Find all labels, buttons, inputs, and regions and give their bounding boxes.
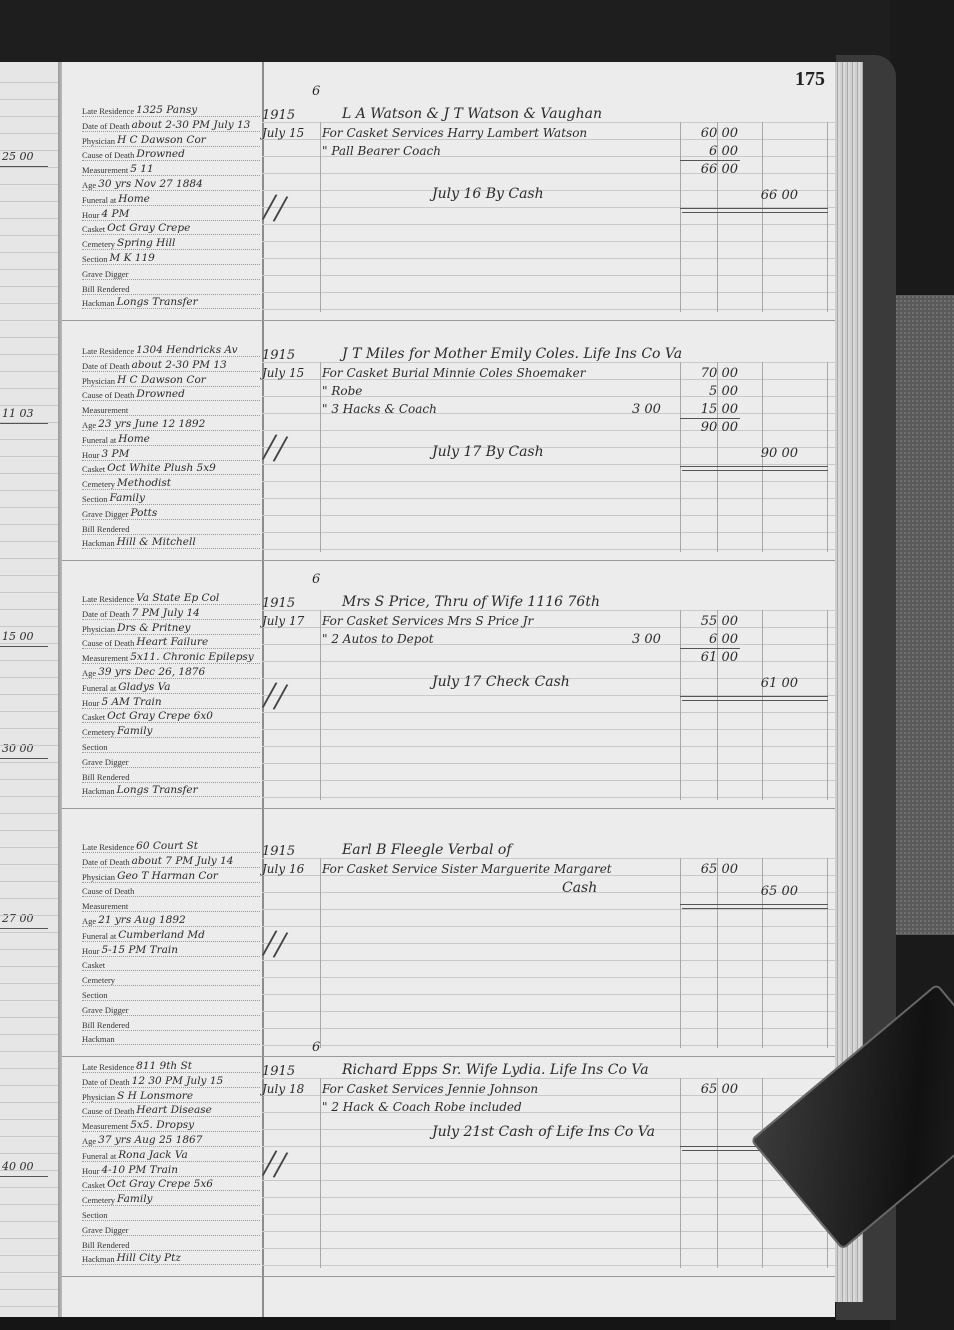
ledger-ruling bbox=[262, 173, 835, 174]
left-page-ruling bbox=[0, 456, 62, 457]
ledger-column-rule bbox=[827, 858, 828, 1048]
ledger-ruling bbox=[262, 858, 835, 859]
form-field-late-residence: Late ResidenceVa State Ep Col bbox=[82, 590, 260, 605]
ledger-ruling bbox=[262, 1011, 835, 1012]
form-field-label: Cause of Death bbox=[82, 390, 134, 400]
charge-line: " 2 Hack & Coach Robe included bbox=[322, 1100, 522, 1114]
form-field-age: Age23 yrs June 12 1892 bbox=[82, 416, 260, 431]
form-field-value: 5x5. Dropsy bbox=[130, 1119, 194, 1131]
ledger-column-rule bbox=[827, 610, 828, 800]
left-page-ruling bbox=[0, 286, 62, 287]
form-field-label: Cause of Death bbox=[82, 886, 134, 896]
ledger-column-rule bbox=[680, 362, 681, 552]
left-page-ruling bbox=[0, 116, 62, 117]
left-page-ruling bbox=[0, 320, 62, 321]
form-field-bill-rendered: Bill Rendered bbox=[82, 1236, 260, 1251]
left-page-total-rule bbox=[0, 1176, 48, 1177]
form-field-value: 4-10 PM Train bbox=[101, 1164, 177, 1176]
account-area: 61915Mrs S Price, Thru of Wife 1116 76th… bbox=[262, 572, 835, 812]
left-page-ruling bbox=[0, 1221, 62, 1222]
left-page-ruling bbox=[0, 507, 62, 508]
form-field-value: H C Dawson Cor bbox=[117, 374, 206, 386]
left-page-ruling bbox=[0, 218, 62, 219]
form-field-label: Funeral at bbox=[82, 931, 116, 941]
left-page-ruling bbox=[0, 1119, 62, 1120]
form-field-label: Hackman bbox=[82, 298, 115, 308]
felt-pad bbox=[895, 295, 954, 935]
entry-mark: 6 bbox=[312, 84, 320, 99]
form-field-funeral-at: Funeral atGladys Va bbox=[82, 679, 260, 694]
form-field-label: Section bbox=[82, 990, 108, 1000]
form-field-label: Section bbox=[82, 254, 108, 264]
ledger-ruling bbox=[262, 909, 835, 910]
left-page-ruling bbox=[0, 439, 62, 440]
form-field-casket: CasketOct Gray Crepe bbox=[82, 220, 260, 235]
left-page-ruling bbox=[0, 813, 62, 814]
form-field-label: Hackman bbox=[82, 786, 115, 796]
payment-note: July 17 Check Cash bbox=[432, 674, 570, 690]
entry-date: July 15 bbox=[262, 126, 304, 140]
left-page-ruling bbox=[0, 269, 62, 270]
form-field-value: 7 PM July 14 bbox=[132, 607, 200, 619]
payment-amount: 66 00 bbox=[742, 188, 798, 203]
form-field-label: Physician bbox=[82, 136, 115, 146]
ledger-entry: Late Residence811 9th StDate of Death12 … bbox=[62, 1040, 835, 1280]
form-field-physician: PhysicianS H Lonsmore bbox=[82, 1088, 260, 1103]
form-field-grave-digger: Grave Digger bbox=[82, 1001, 260, 1016]
form-field-label: Bill Rendered bbox=[82, 284, 129, 294]
form-field-section: Section bbox=[82, 986, 260, 1001]
total-double-rule bbox=[680, 696, 828, 697]
form-field-value: Hill City Ptz bbox=[117, 1252, 181, 1264]
form-field-label: Casket bbox=[82, 464, 105, 474]
charge-amount: 15 00 bbox=[682, 402, 738, 417]
charge-amount: 6 00 bbox=[682, 144, 738, 159]
charge-line: For Casket Service Sister Marguerite Mar… bbox=[322, 862, 612, 876]
form-field-hour: Hour5-15 PM Train bbox=[82, 942, 260, 957]
form-field-label: Hour bbox=[82, 946, 99, 956]
ledger-column-rule bbox=[680, 858, 681, 1048]
left-page-ruling bbox=[0, 1255, 62, 1256]
ledger-ruling bbox=[262, 712, 835, 713]
form-field-label: Grave Digger bbox=[82, 1005, 129, 1015]
left-page-ruling bbox=[0, 558, 62, 559]
form-field-value: Family bbox=[117, 1193, 152, 1205]
ledger-ruling bbox=[262, 780, 835, 781]
form-field-value: Drowned bbox=[136, 148, 184, 160]
left-page-ruling bbox=[0, 898, 62, 899]
ledger-entry: Late Residence60 Court StDate of Deathab… bbox=[62, 820, 835, 1060]
ledger-column-rule bbox=[320, 610, 321, 800]
subtotal-rule bbox=[680, 418, 740, 419]
form-field-label: Cause of Death bbox=[82, 638, 134, 648]
form-field-grave-digger: Grave Digger bbox=[82, 753, 260, 768]
account-area: 1915J T Miles for Mother Emily Coles. Li… bbox=[262, 324, 835, 564]
form-field-label: Age bbox=[82, 1136, 96, 1146]
left-page-total-rule bbox=[0, 758, 48, 759]
left-page-ruling bbox=[0, 252, 62, 253]
left-page-amount: 27 00 bbox=[2, 912, 34, 925]
payment-note: Cash bbox=[562, 880, 597, 896]
total-double-rule bbox=[682, 700, 828, 701]
form-field-label: Bill Rendered bbox=[82, 1240, 129, 1250]
form-field-date-of-death: Date of Death12 30 PM July 15 bbox=[82, 1073, 260, 1088]
form-field-label: Measurement bbox=[82, 901, 128, 911]
form-field-value: Cumberland Md bbox=[118, 929, 205, 941]
form-field-label: Late Residence bbox=[82, 842, 134, 852]
form-field-cause-of-death: Cause of DeathDrowned bbox=[82, 386, 260, 401]
form-field-value: Oct White Plush 5x9 bbox=[107, 462, 216, 474]
subtotal-rule bbox=[680, 648, 740, 649]
left-page-ruling bbox=[0, 626, 62, 627]
payment-note: July 21st Cash of Life Ins Co Va bbox=[432, 1124, 655, 1140]
form-field-label: Section bbox=[82, 1210, 108, 1220]
form-field-label: Physician bbox=[82, 376, 115, 386]
form-field-value: Heart Failure bbox=[136, 636, 208, 648]
charge-line: " Robe bbox=[322, 384, 362, 398]
account-area: 1915Earl B Fleegle Verbal ofJuly 16For C… bbox=[262, 820, 835, 1060]
left-page-ruling bbox=[0, 541, 62, 542]
ledger-ruling bbox=[262, 532, 835, 533]
form-field-value: 5x11. Chronic Epilepsy bbox=[130, 651, 253, 663]
left-page-ruling bbox=[0, 1085, 62, 1086]
form-field-label: Funeral at bbox=[82, 435, 116, 445]
charge-amount: 65 00 bbox=[682, 862, 738, 877]
form-field-value: Oct Gray Crepe bbox=[107, 222, 190, 234]
background-top bbox=[0, 0, 954, 62]
form-field-label: Funeral at bbox=[82, 1151, 116, 1161]
form-field-label: Hour bbox=[82, 210, 99, 220]
form-field-grave-digger: Grave Digger bbox=[82, 265, 260, 280]
form-field-value: 21 yrs Aug 1892 bbox=[98, 914, 186, 926]
entry-year: 1915 bbox=[262, 108, 295, 123]
form-field-label: Bill Rendered bbox=[82, 772, 129, 782]
ledger-ruling bbox=[262, 661, 835, 662]
form-field-cause-of-death: Cause of Death bbox=[82, 882, 260, 897]
form-field-label: Physician bbox=[82, 872, 115, 882]
form-field-value: 4 PM bbox=[101, 208, 129, 220]
form-field-grave-digger: Grave Digger bbox=[82, 1221, 260, 1236]
ledger-column-rule bbox=[680, 1078, 681, 1268]
left-page-ruling bbox=[0, 643, 62, 644]
form-field-label: Age bbox=[82, 420, 96, 430]
form-field-bill-rendered: Bill Rendered bbox=[82, 520, 260, 535]
ledger-ruling bbox=[262, 1180, 835, 1181]
ledger-ruling bbox=[262, 763, 835, 764]
form-field-value: S H Lonsmore bbox=[117, 1090, 193, 1102]
ledger-column-rule bbox=[320, 858, 321, 1048]
entry-date: July 17 bbox=[262, 614, 304, 628]
form-field-value: Gladys Va bbox=[118, 681, 170, 693]
form-field-hour: Hour4 PM bbox=[82, 206, 260, 221]
ledger-ruling bbox=[262, 258, 835, 259]
form-field-bill-rendered: Bill Rendered bbox=[82, 768, 260, 783]
form-field-label: Bill Rendered bbox=[82, 1020, 129, 1030]
form-field-value: about 2-30 PM July 13 bbox=[132, 119, 251, 131]
left-page-ruling bbox=[0, 1306, 62, 1307]
ledger-ruling bbox=[262, 797, 835, 798]
form-field-physician: PhysicianGeo T Harman Cor bbox=[82, 868, 260, 883]
form-field-section: Section bbox=[82, 1206, 260, 1221]
form-field-age: Age21 yrs Aug 1892 bbox=[82, 912, 260, 927]
left-page-ruling bbox=[0, 1068, 62, 1069]
form-field-label: Cause of Death bbox=[82, 1106, 134, 1116]
ledger-ruling bbox=[262, 430, 835, 431]
entry-year: 1915 bbox=[262, 1064, 295, 1079]
form-field-cause-of-death: Cause of DeathHeart Disease bbox=[82, 1102, 260, 1117]
left-page-ruling bbox=[0, 677, 62, 678]
payment-amount: 61 00 bbox=[742, 676, 798, 691]
charge-line: " Pall Bearer Coach bbox=[322, 144, 441, 158]
form-field-label: Hour bbox=[82, 1166, 99, 1176]
form-field-cemetery: CemeteryMethodist bbox=[82, 475, 260, 490]
form-field-cemetery: CemeteryFamily bbox=[82, 723, 260, 738]
total-double-rule bbox=[680, 466, 828, 467]
payment-note: July 16 By Cash bbox=[432, 186, 544, 202]
ledger-ruling bbox=[262, 309, 835, 310]
form-field-label: Casket bbox=[82, 224, 105, 234]
form-field-value: 60 Court St bbox=[136, 840, 198, 852]
ledger-ruling bbox=[262, 1214, 835, 1215]
left-page-ruling bbox=[0, 354, 62, 355]
ledger-column-rule bbox=[320, 362, 321, 552]
form-field-funeral-at: Funeral atCumberland Md bbox=[82, 927, 260, 942]
form-field-label: Grave Digger bbox=[82, 509, 129, 519]
left-page-ruling bbox=[0, 915, 62, 916]
form-field-cause-of-death: Cause of DeathHeart Failure bbox=[82, 634, 260, 649]
form-field-casket: CasketOct Gray Crepe 5x6 bbox=[82, 1176, 260, 1191]
left-page-ruling bbox=[0, 694, 62, 695]
left-page-total-rule bbox=[0, 928, 48, 929]
ledger-page: 175 Late Residence1325 PansyDate of Deat… bbox=[62, 62, 835, 1317]
form-field-cause-of-death: Cause of DeathDrowned bbox=[82, 146, 260, 161]
form-field-hour: Hour3 PM bbox=[82, 446, 260, 461]
form-field-value: about 7 PM July 14 bbox=[132, 855, 234, 867]
form-field-measurement: Measurement bbox=[82, 897, 260, 912]
form-field-label: Grave Digger bbox=[82, 269, 129, 279]
left-page-ruling bbox=[0, 303, 62, 304]
form-field-value: Spring Hill bbox=[117, 237, 175, 249]
left-page-ruling bbox=[0, 711, 62, 712]
ledger-column-rule bbox=[762, 610, 763, 800]
left-page-ruling bbox=[0, 932, 62, 933]
form-field-label: Hackman bbox=[82, 1254, 115, 1264]
account-name: L A Watson & J T Watson & Vaughan bbox=[342, 106, 602, 122]
form-field-physician: PhysicianH C Dawson Cor bbox=[82, 132, 260, 147]
form-field-bill-rendered: Bill Rendered bbox=[82, 1016, 260, 1031]
ledger-column-rule bbox=[827, 362, 828, 552]
charge-line: For Casket Services Harry Lambert Watson bbox=[322, 126, 587, 140]
left-page-ruling bbox=[0, 1017, 62, 1018]
left-page-ruling bbox=[0, 881, 62, 882]
charge-amount: 70 00 bbox=[682, 366, 738, 381]
form-field-label: Grave Digger bbox=[82, 757, 129, 767]
form-field-value: Geo T Harman Cor bbox=[117, 870, 218, 882]
ledger-entry: Late ResidenceVa State Ep ColDate of Dea… bbox=[62, 572, 835, 812]
form-field-value: 5 AM Train bbox=[101, 696, 161, 708]
form-field-value: Va State Ep Col bbox=[136, 592, 219, 604]
form-field-label: Section bbox=[82, 494, 108, 504]
form-field-date-of-death: Date of Death7 PM July 14 bbox=[82, 605, 260, 620]
form-field-casket: CasketOct White Plush 5x9 bbox=[82, 460, 260, 475]
form-field-measurement: Measurement bbox=[82, 401, 260, 416]
ledger-ruling bbox=[262, 729, 835, 730]
form-field-label: Measurement bbox=[82, 653, 128, 663]
left-page-ruling bbox=[0, 1272, 62, 1273]
ledger-column-rule bbox=[680, 122, 681, 312]
form-field-label: Cemetery bbox=[82, 1195, 115, 1205]
ledger-ruling bbox=[262, 994, 835, 995]
left-page-ruling bbox=[0, 1034, 62, 1035]
form-field-label: Measurement bbox=[82, 165, 128, 175]
form-field-value: 5-15 PM Train bbox=[101, 944, 177, 956]
form-field-label: Date of Death bbox=[82, 857, 130, 867]
total-double-rule bbox=[682, 470, 828, 471]
form-field-label: Age bbox=[82, 916, 96, 926]
total-double-rule bbox=[682, 908, 828, 909]
form-field-hour: Hour5 AM Train bbox=[82, 694, 260, 709]
total-double-rule bbox=[682, 212, 828, 213]
left-page-ruling bbox=[0, 609, 62, 610]
left-page-ruling bbox=[0, 1136, 62, 1137]
form-field-value: Longs Transfer bbox=[117, 296, 198, 308]
form-field-value: 30 yrs Nov 27 1884 bbox=[98, 178, 203, 190]
form-field-value: Methodist bbox=[117, 477, 171, 489]
form-field-label: Late Residence bbox=[82, 1062, 134, 1072]
form-field-value: 1304 Hendricks Av bbox=[136, 344, 237, 356]
ledger-entry: Late Residence1325 PansyDate of Deathabo… bbox=[62, 84, 835, 324]
form-field-value: Rona Jack Va bbox=[118, 1149, 188, 1161]
form-field-value: Home bbox=[118, 433, 150, 445]
form-field-grave-digger: Grave DiggerPotts bbox=[82, 505, 260, 520]
ledger-column-rule bbox=[717, 858, 718, 1048]
charge-amount: 6 00 bbox=[682, 632, 738, 647]
form-field-label: Bill Rendered bbox=[82, 524, 129, 534]
form-field-physician: PhysicianDrs & Pritney bbox=[82, 620, 260, 635]
left-page-ruling bbox=[0, 983, 62, 984]
left-page-ruling bbox=[0, 1102, 62, 1103]
left-page-ruling bbox=[0, 779, 62, 780]
form-field-label: Physician bbox=[82, 624, 115, 634]
form-field-physician: PhysicianH C Dawson Cor bbox=[82, 372, 260, 387]
left-page-ruling bbox=[0, 150, 62, 151]
left-page-ruling bbox=[0, 949, 62, 950]
left-page-ruling bbox=[0, 371, 62, 372]
form-field-late-residence: Late Residence1325 Pansy bbox=[82, 102, 260, 117]
form-field-value: Hill & Mitchell bbox=[117, 536, 196, 548]
left-page-ruling bbox=[0, 847, 62, 848]
form-field-label: Casket bbox=[82, 960, 105, 970]
left-page-ruling bbox=[0, 1187, 62, 1188]
form-field-value: Potts bbox=[131, 507, 158, 519]
form-field-label: Section bbox=[82, 742, 108, 752]
left-page-ruling bbox=[0, 966, 62, 967]
left-page-ruling bbox=[0, 575, 62, 576]
ledger-ruling bbox=[262, 1163, 835, 1164]
form-field-label: Measurement bbox=[82, 405, 128, 415]
charge-amount: 5 00 bbox=[682, 384, 738, 399]
form-field-value: 811 9th St bbox=[136, 1060, 192, 1072]
left-page-ruling bbox=[0, 1289, 62, 1290]
form-field-value: Family bbox=[110, 492, 145, 504]
form-field-label: Hackman bbox=[82, 538, 115, 548]
form-field-casket: Casket bbox=[82, 956, 260, 971]
entry-year: 1915 bbox=[262, 596, 295, 611]
left-page-ruling bbox=[0, 388, 62, 389]
form-field-funeral-at: Funeral atRona Jack Va bbox=[82, 1147, 260, 1162]
charge-line: For Casket Services Mrs S Price Jr bbox=[322, 614, 533, 628]
form-field-value: Oct Gray Crepe 6x0 bbox=[107, 710, 213, 722]
form-field-section: SectionFamily bbox=[82, 490, 260, 505]
form-field-measurement: Measurement5 11 bbox=[82, 161, 260, 176]
left-page-total-rule bbox=[0, 646, 48, 647]
ledger-ruling bbox=[262, 224, 835, 225]
ledger-ruling bbox=[262, 241, 835, 242]
ledger-ruling bbox=[262, 926, 835, 927]
left-page-ruling bbox=[0, 184, 62, 185]
left-page-ruling bbox=[0, 830, 62, 831]
ledger-column-rule bbox=[762, 1078, 763, 1268]
form-field-funeral-at: Funeral atHome bbox=[82, 431, 260, 446]
form-field-value: 39 yrs Dec 26, 1876 bbox=[98, 666, 205, 678]
form-field-value: 1325 Pansy bbox=[136, 104, 197, 116]
form-field-hour: Hour4-10 PM Train bbox=[82, 1162, 260, 1177]
ledger-ruling bbox=[262, 481, 835, 482]
form-field-label: Date of Death bbox=[82, 1077, 130, 1087]
charge-rate: 3 00 bbox=[632, 402, 661, 417]
left-page-amount: 25 00 bbox=[2, 150, 34, 163]
form-field-value: Home bbox=[118, 193, 150, 205]
form-field-value: H C Dawson Cor bbox=[117, 134, 206, 146]
form-field-value: Longs Transfer bbox=[117, 784, 198, 796]
left-page-amount: 40 00 bbox=[2, 1160, 34, 1173]
ledger-ruling bbox=[262, 1231, 835, 1232]
account-name: Earl B Fleegle Verbal of bbox=[342, 842, 512, 858]
ledger-column-rule bbox=[717, 1078, 718, 1268]
form-field-label: Age bbox=[82, 180, 96, 190]
form-field-late-residence: Late Residence811 9th St bbox=[82, 1058, 260, 1073]
charge-amount: 60 00 bbox=[682, 126, 738, 141]
ledger-ruling bbox=[262, 292, 835, 293]
total-double-rule bbox=[680, 904, 828, 905]
form-field-label: Late Residence bbox=[82, 106, 134, 116]
left-page-ruling bbox=[0, 1170, 62, 1171]
left-page-ruling bbox=[0, 762, 62, 763]
charge-rate: 3 00 bbox=[632, 632, 661, 647]
left-page-amount: 15 00 bbox=[2, 630, 34, 643]
form-field-label: Hour bbox=[82, 698, 99, 708]
left-page-ruling bbox=[0, 235, 62, 236]
ledger-ruling bbox=[262, 498, 835, 499]
ledger-ruling bbox=[262, 1028, 835, 1029]
form-field-label: Funeral at bbox=[82, 195, 116, 205]
form-field-value: Heart Disease bbox=[136, 1104, 211, 1116]
charge-line: For Casket Burial Minnie Coles Shoemaker bbox=[322, 366, 585, 380]
entry-date: July 15 bbox=[262, 366, 304, 380]
left-page-ruling bbox=[0, 167, 62, 168]
form-field-date-of-death: Date of Deathabout 7 PM July 14 bbox=[82, 853, 260, 868]
left-page-ruling bbox=[0, 1238, 62, 1239]
ledger-ruling bbox=[262, 549, 835, 550]
form-field-cemetery: CemeterySpring Hill bbox=[82, 235, 260, 250]
left-page-ruling bbox=[0, 592, 62, 593]
form-field-casket: CasketOct Gray Crepe 6x0 bbox=[82, 708, 260, 723]
form-field-hackman: HackmanHill City Ptz bbox=[82, 1250, 260, 1265]
account-name: J T Miles for Mother Emily Coles. Life I… bbox=[342, 346, 682, 362]
form-field-cemetery: Cemetery bbox=[82, 971, 260, 986]
entry-mark: 6 bbox=[312, 572, 320, 587]
form-field-hackman: HackmanLongs Transfer bbox=[82, 782, 260, 797]
